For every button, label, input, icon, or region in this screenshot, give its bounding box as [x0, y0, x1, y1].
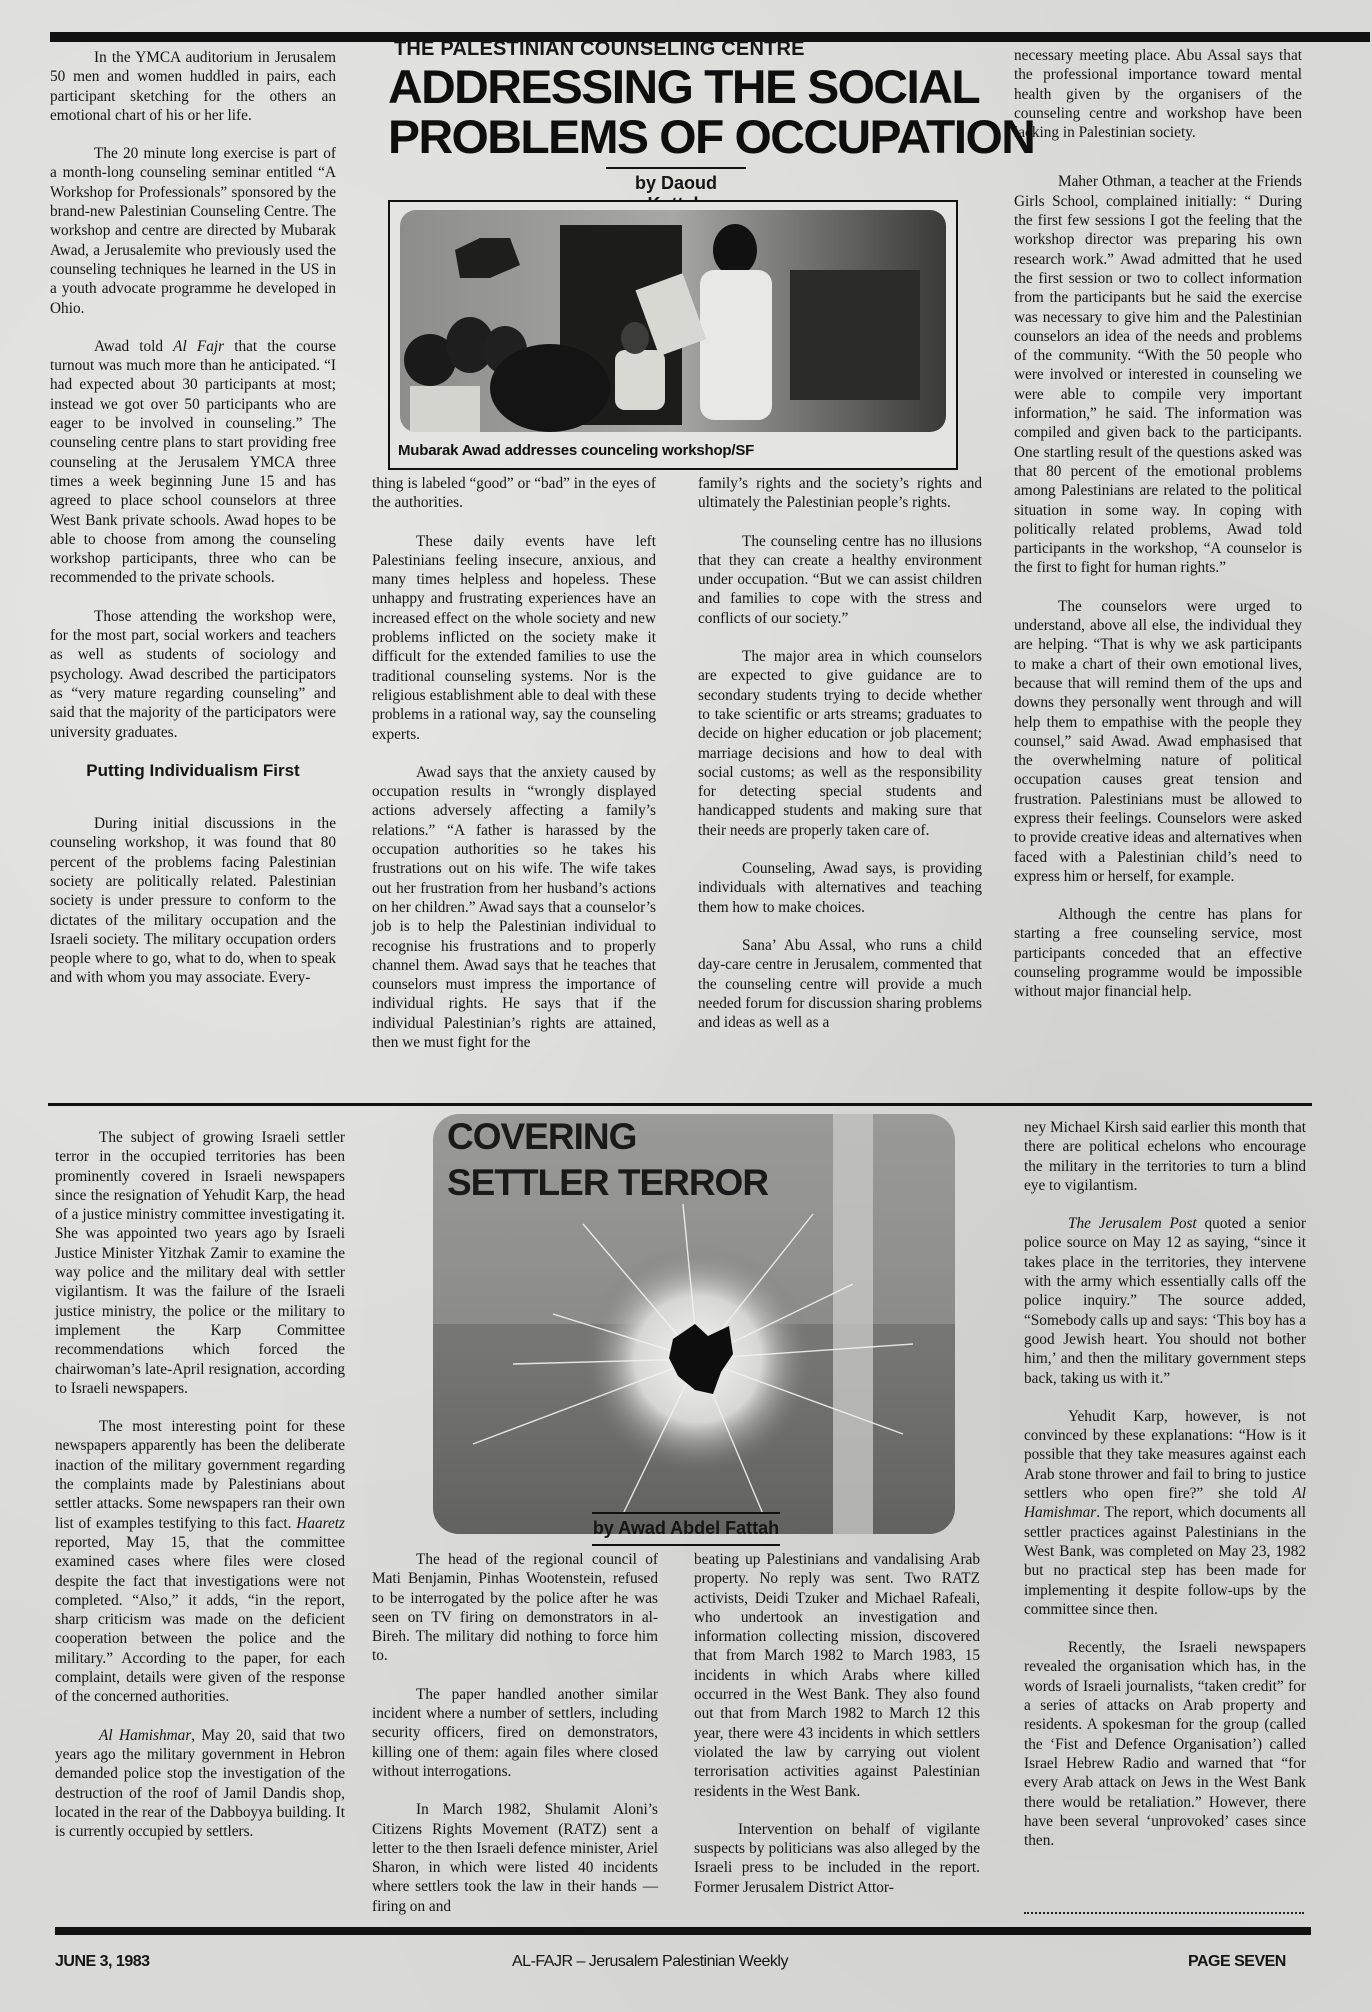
paragraph: Yehudit Karp, however, is not convinced …	[1024, 1407, 1306, 1619]
article2-column-4: ney Michael Kirsh said earlier this mont…	[1024, 1118, 1306, 1850]
article1-column-3: family’s rights and the society’s rights…	[698, 474, 982, 1032]
article1-headline-line2: PROBLEMS OF OCCUPATION	[388, 112, 1034, 162]
footer-rule	[55, 1927, 1311, 1935]
article1-column-1: In the YMCA auditorium in Jerusalem 50 m…	[50, 48, 336, 988]
paragraph: Recently, the Israeli newspapers reveale…	[1024, 1638, 1306, 1850]
article1-column-4: necessary meeting place. Abu Assal says …	[1014, 46, 1302, 1002]
article2-byline: by Awad Abdel Fattah	[592, 1512, 780, 1546]
workshop-photo-image	[400, 210, 946, 432]
paragraph: Maher Othman, a teacher at the Friends G…	[1014, 172, 1302, 577]
paragraph: Counseling, Awad says, is providing indi…	[698, 859, 982, 917]
article2-column-3: beating up Palestinians and vandalising …	[694, 1550, 980, 1897]
paragraph: Intervention on behalf of vigilante susp…	[694, 1820, 980, 1897]
paragraph: The counseling centre has no illusions t…	[698, 532, 982, 628]
paragraph: The Jerusalem Post quoted a senior polic…	[1024, 1214, 1306, 1388]
article2-column-1: The subject of growing Israeli settler t…	[55, 1128, 345, 1841]
paragraph: The most interesting point for these new…	[55, 1417, 345, 1706]
paragraph: The major area in which counselors are e…	[698, 647, 982, 840]
article1-subhead: Putting Individualism First	[50, 761, 336, 780]
paragraph: Al Hamishmar, May 20, said that two year…	[55, 1726, 345, 1842]
paragraph: The paper handled another similar incide…	[372, 1685, 658, 1781]
paragraph: Awad says that the anxiety caused by occ…	[372, 763, 656, 1052]
paragraph: beating up Palestinians and vandalising …	[694, 1550, 980, 1801]
end-of-article-dots	[1024, 1912, 1304, 1914]
paragraph: Awad told Al Fajr that the course turnou…	[50, 337, 336, 588]
article2-photo-title-line1: COVERING	[447, 1116, 636, 1158]
paragraph: In March 1982, Shulamit Aloni’s Citizens…	[372, 1800, 658, 1916]
footer-date: JUNE 3, 1983	[55, 1953, 150, 1971]
workshop-photo	[400, 210, 946, 432]
paragraph: The subject of growing Israeli settler t…	[55, 1128, 345, 1398]
paragraph: During initial discussions in the counse…	[50, 814, 336, 988]
paragraph: thing is labeled “good” or “bad” in the …	[372, 474, 656, 513]
paragraph: Those attending the workshop were, for t…	[50, 607, 336, 742]
paragraph: ney Michael Kirsh said earlier this mont…	[1024, 1118, 1306, 1195]
paragraph: In the YMCA auditorium in Jerusalem 50 m…	[50, 48, 336, 125]
paragraph: necessary meeting place. Abu Assal says …	[1014, 46, 1302, 142]
footer-publication: AL-FAJR – Jerusalem Palestinian Weekly	[512, 1953, 788, 1971]
article1-kicker: THE PALESTINIAN COUNSELING CENTRE	[394, 38, 805, 61]
publication-name: Haaretz	[296, 1515, 345, 1532]
paragraph: The head of the regional council of Mati…	[372, 1550, 658, 1666]
article2-column-2: The head of the regional council of Mati…	[372, 1550, 658, 1916]
footer-page-number: PAGE SEVEN	[1188, 1953, 1286, 1971]
paragraph: The 20 minute long exercise is part of a…	[50, 144, 336, 318]
publication-name: The Jerusalem Post	[1068, 1215, 1197, 1232]
paragraph: The counselors were urged to understand,…	[1014, 597, 1302, 886]
article1-photo-caption: Mubarak Awad addresses counceling worksh…	[398, 442, 754, 459]
paragraph: Although the centre has plans for starti…	[1014, 905, 1302, 1001]
article-divider	[48, 1103, 1312, 1106]
publication-name: Al Fajr	[173, 338, 224, 355]
article2-photo-title-line2: SETTLER TERROR	[447, 1162, 768, 1204]
article1-headline-line1: ADDRESSING THE SOCIAL	[388, 62, 979, 112]
paragraph: family’s rights and the society’s rights…	[698, 474, 982, 513]
paragraph: These daily events have left Palestinian…	[372, 532, 656, 744]
article1-photo-frame: Mubarak Awad addresses counceling worksh…	[388, 200, 958, 470]
publication-name: Al Hamishmar	[99, 1727, 191, 1744]
article1-column-2: thing is labeled “good” or “bad” in the …	[372, 474, 656, 1052]
paragraph: Sana’ Abu Assal, who runs a child day-ca…	[698, 936, 982, 1032]
bullet-hole-photo: COVERING SETTLER TERROR	[433, 1114, 955, 1534]
